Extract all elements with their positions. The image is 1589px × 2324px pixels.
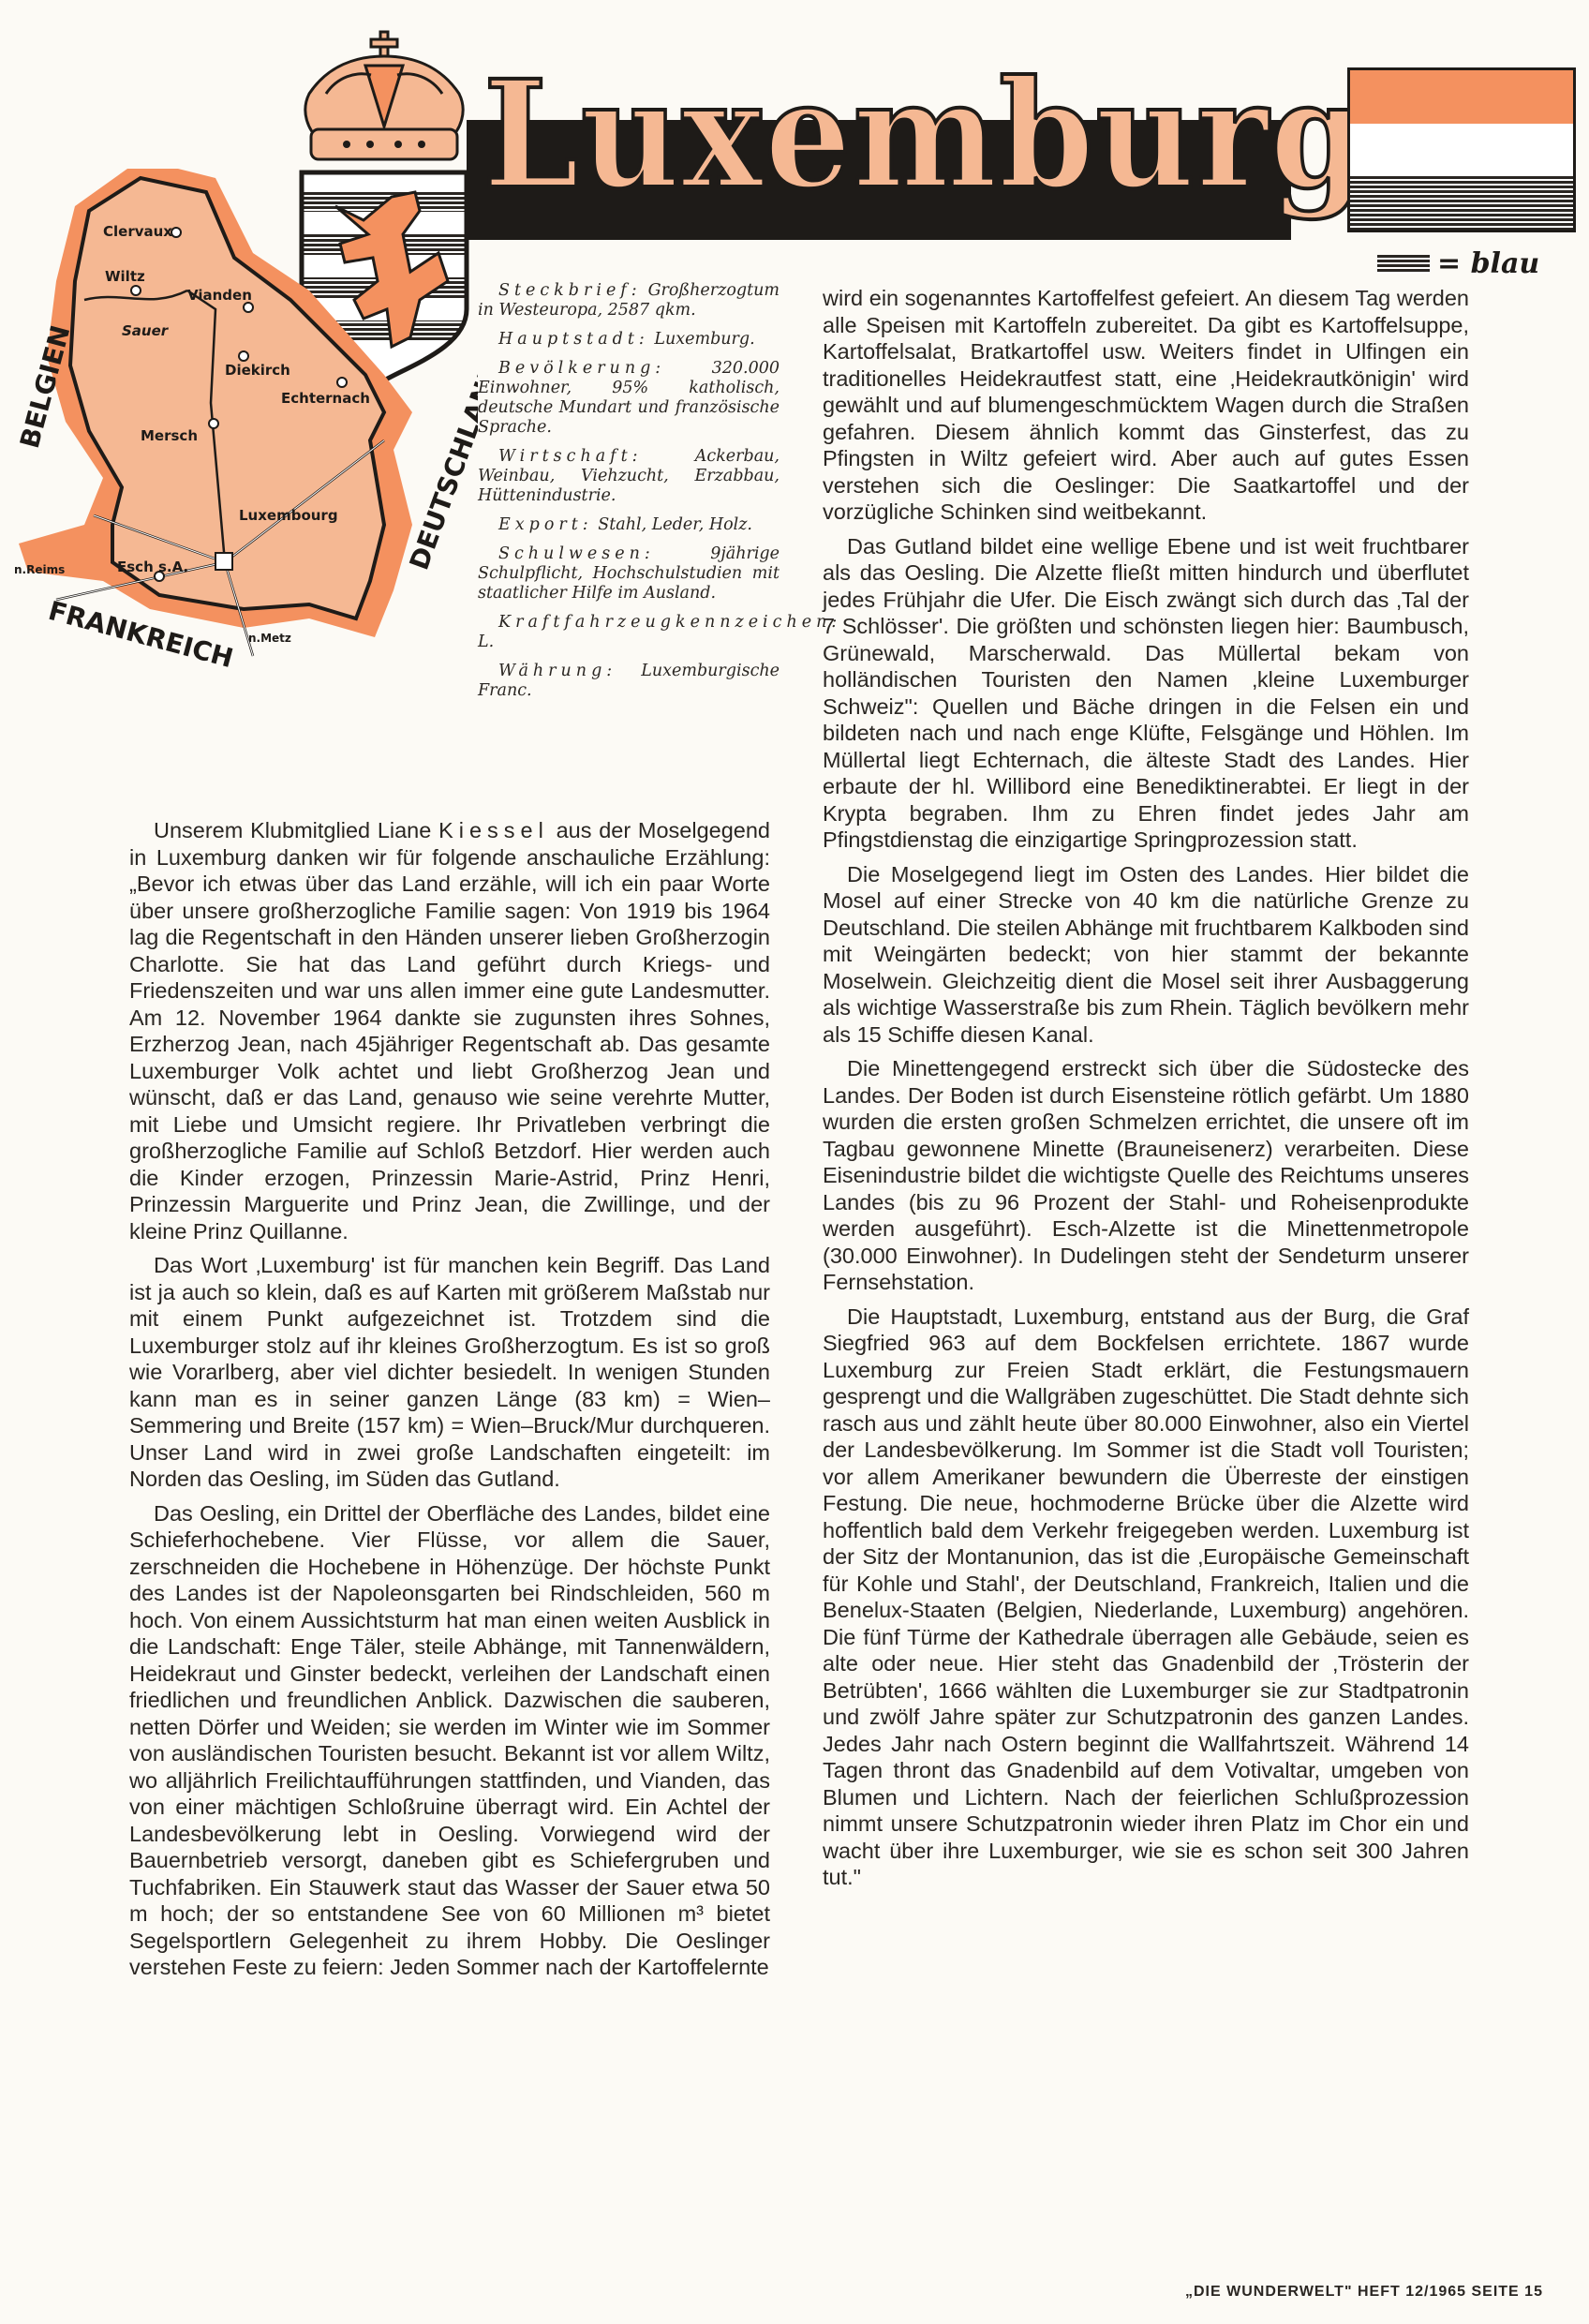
fact-item: Bevölkerung: 320.000 Einwohner, 95% kath… bbox=[478, 359, 780, 438]
fact-key: Steckbrief: bbox=[498, 281, 642, 300]
fact-item: Währung: Luxemburgische Franc. bbox=[478, 662, 780, 701]
svg-text:Vianden: Vianden bbox=[187, 287, 252, 304]
paragraph: Das Wort ‚Luxemburg' ist für manchen kei… bbox=[129, 1252, 770, 1493]
fact-box: Steckbrief: Großherzogtum in Westeuropa,… bbox=[478, 281, 780, 710]
fact-key: Wirtschaft: bbox=[498, 447, 643, 466]
flag-stripe-red bbox=[1350, 70, 1573, 124]
paragraph: Die Minettengegend erstreckt sich über d… bbox=[823, 1055, 1469, 1296]
article-column-right: wird ein sogenanntes Kartoffelfest gefei… bbox=[823, 285, 1469, 1899]
page-title: Luxemburg bbox=[483, 62, 1367, 210]
page-footer: „DIE WUNDERWELT" HEFT 12/1965 SEITE 15 bbox=[1185, 2284, 1543, 2301]
fact-item: Kraftfahrzeugkennzeichen: L. bbox=[478, 613, 780, 652]
svg-text:Wiltz: Wiltz bbox=[105, 268, 145, 285]
text: aus der Moselgegend in Luxemburg danken … bbox=[129, 818, 770, 1244]
crown-icon bbox=[290, 28, 478, 169]
svg-text:n.Metz: n.Metz bbox=[248, 632, 291, 645]
paragraph: Die Hauptstadt, Luxemburg, entstand aus … bbox=[823, 1304, 1469, 1891]
fact-key: Schulwesen: bbox=[498, 544, 655, 563]
svg-text:Luxembourg: Luxembourg bbox=[239, 507, 338, 524]
fact-key: Kraftfahrzeugkennzeichen: bbox=[498, 613, 841, 632]
fact-item: Wirtschaft: Ackerbau, Weinbau, Viehzucht… bbox=[478, 447, 780, 506]
fact-item: Export: Stahl, Leder, Holz. bbox=[478, 515, 780, 535]
flag-legend-text: = blau bbox=[1437, 247, 1539, 280]
fact-item: Schulwesen: 9jährige Schulpflicht, Hochs… bbox=[478, 544, 780, 603]
svg-text:Echternach: Echternach bbox=[281, 390, 370, 407]
fact-key: Bevölkerung: bbox=[498, 359, 665, 378]
article-column-left: Unserem Klubmitglied Liane Kiessel aus d… bbox=[129, 817, 770, 1989]
svg-text:Mersch: Mersch bbox=[141, 427, 198, 444]
fact-item: Hauptstadt: Luxemburg. bbox=[478, 330, 780, 350]
text: Unserem Klubmitglied Liane bbox=[154, 818, 438, 842]
fact-key: Export: bbox=[498, 515, 593, 534]
paragraph: Die Moselgegend liegt im Osten des Lande… bbox=[823, 861, 1469, 1049]
title-banner: Luxemburg bbox=[467, 67, 1469, 246]
paragraph: Das Oesling, ein Drittel der Oberfläche … bbox=[129, 1500, 770, 1981]
svg-text:n.Reims: n.Reims bbox=[14, 563, 65, 576]
hatch-swatch-icon bbox=[1377, 255, 1430, 274]
flag-stripe-white bbox=[1350, 124, 1573, 177]
svg-text:Clervaux: Clervaux bbox=[103, 223, 172, 240]
luxembourg-map: ClervauxWiltzVianden DiekirchEchternachM… bbox=[0, 169, 478, 712]
fact-value: L. bbox=[478, 633, 494, 651]
paragraph: Das Gutland bildet eine wellige Ebene un… bbox=[823, 533, 1469, 854]
svg-text:DEUTSCHLAND: DEUTSCHLAND bbox=[404, 357, 478, 574]
fact-key: Währung: bbox=[498, 662, 616, 680]
svg-text:Esch s.A.: Esch s.A. bbox=[117, 559, 188, 575]
flag-stripe-blue bbox=[1350, 176, 1573, 230]
flag-legend: = blau bbox=[1377, 247, 1539, 280]
fact-item: Steckbrief: Großherzogtum in Westeuropa,… bbox=[478, 281, 780, 320]
paragraph: Unserem Klubmitglied Liane Kiessel aus d… bbox=[129, 817, 770, 1244]
luxembourg-flag-icon bbox=[1347, 67, 1576, 232]
fact-value: Stahl, Leder, Holz. bbox=[598, 515, 752, 534]
svg-text:Sauer: Sauer bbox=[122, 322, 170, 339]
fact-key: Hauptstadt: bbox=[498, 330, 649, 349]
fact-value: Luxemburg. bbox=[654, 330, 754, 349]
paragraph: wird ein sogenanntes Kartoffelfest gefei… bbox=[823, 285, 1469, 526]
author-name: Kiessel bbox=[438, 818, 549, 842]
svg-text:Diekirch: Diekirch bbox=[225, 362, 290, 379]
